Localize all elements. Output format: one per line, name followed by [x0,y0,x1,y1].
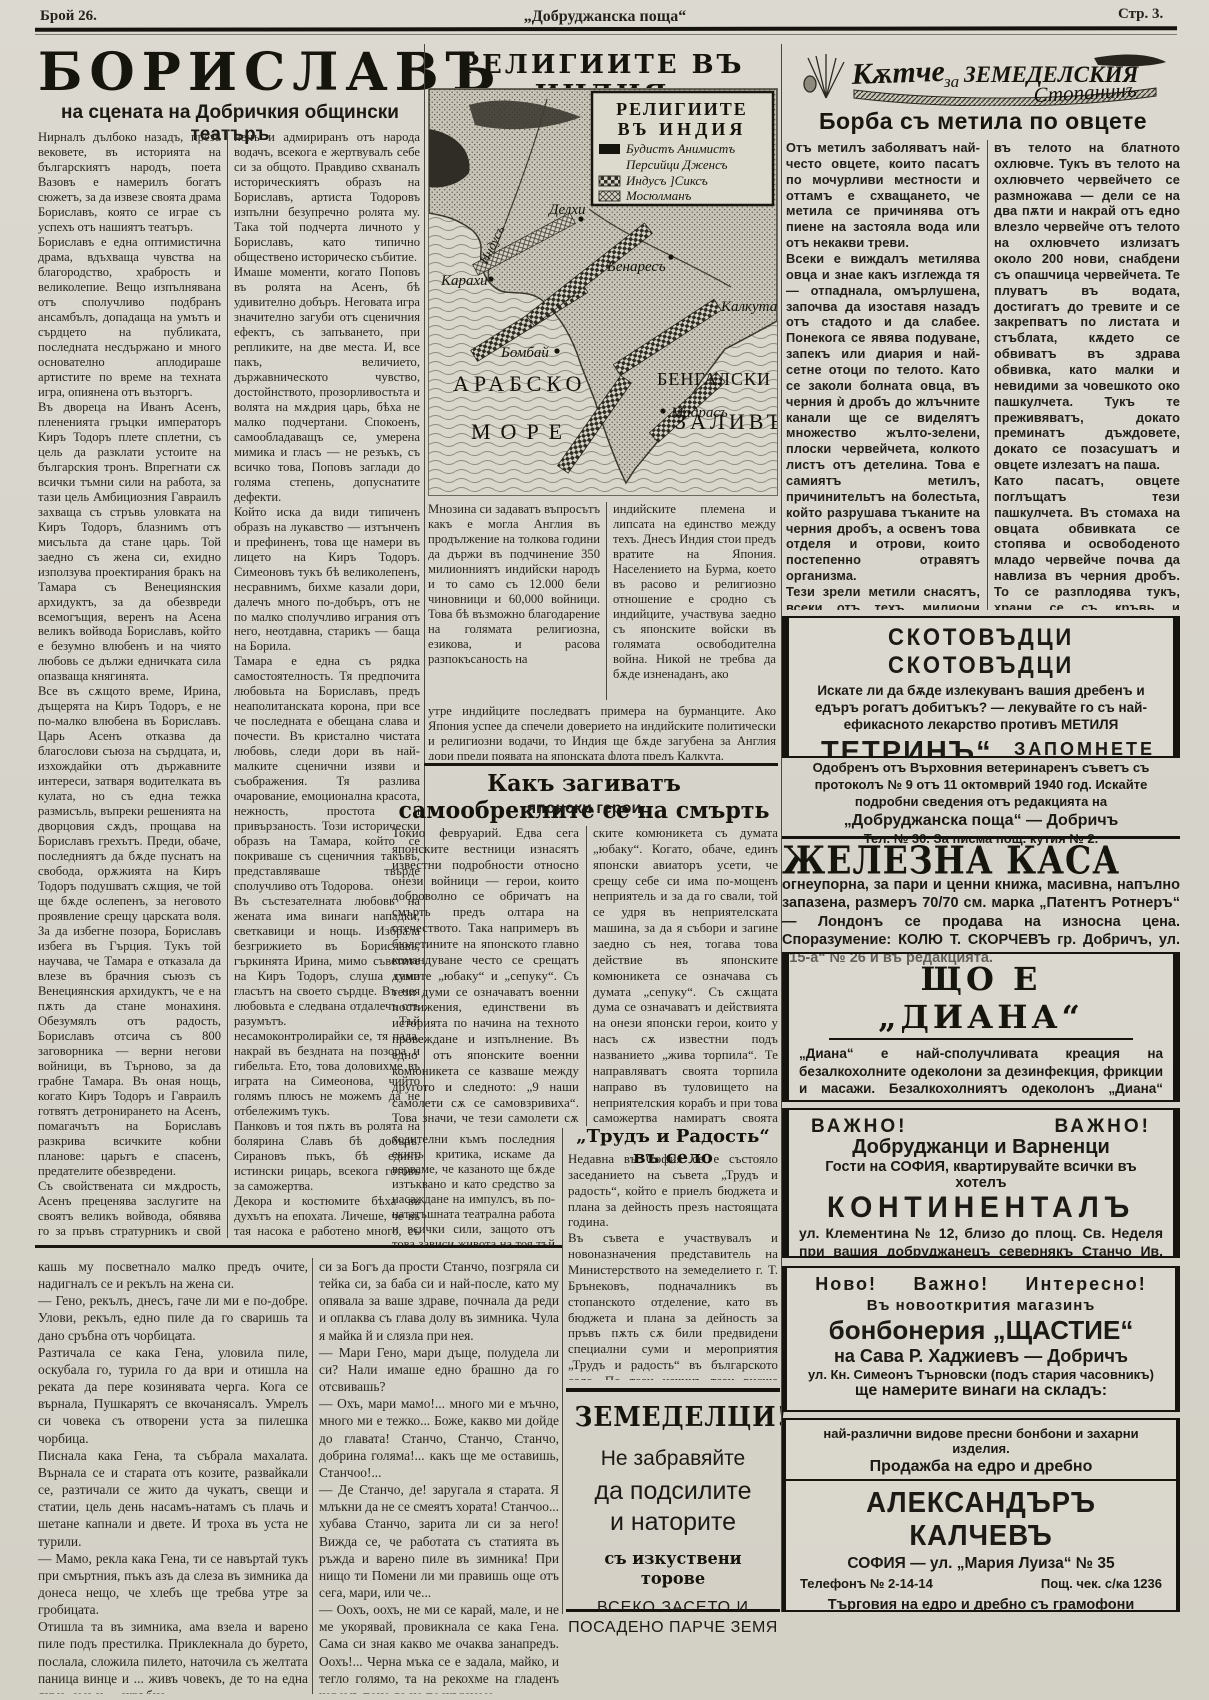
kalchev-title: АЛЕКСАНДЪРЪ КАЛЧЕВЪ [805,1487,1157,1553]
tetrin-paper: „Добруджанска поща“ — Добричъ [844,812,1119,829]
column-divider [586,826,587,1126]
sheep-headline: Борба съ метила по овцете [786,108,1180,135]
map-city-bombay: Бомбай [500,345,549,361]
shtastie-h2: Важно! [913,1274,989,1295]
legend-label-muslim: Мосюлманъ [625,188,692,203]
column-divider [227,130,228,1238]
shtastie-line5: най-различни видове пресни бонбони и зах… [796,1426,1166,1456]
zemedelci-line1: Не забравяйте [566,1447,780,1471]
kalchev-addr: СОФИЯ — ул. „Мария Луиза“ № 35 [796,1555,1166,1573]
diana-body: „Диана“ е най-сполучливата креация на бе… [799,1045,1163,1102]
legend-swatch-hindu [599,176,620,186]
stopanin-masthead-svg: Кѫтче за ЗЕМЕДЕЛСКИЯ Стопанинъ [796,48,1174,106]
map-city-karachi: Карахи [440,273,488,289]
kontinental-important-right: ВАЖНО! [1055,1116,1152,1138]
shtastie-line1: Въ новооткрития магазинъ [797,1297,1165,1314]
zemedelci-line3: и наторите [566,1508,780,1537]
map-legend: РЕЛИГИИТЕ ВЪ ИНДИЯ Будистъ Анимистъ Перс… [592,92,773,205]
shtastie-h3: Интересно! [1026,1274,1147,1295]
issue-number: Брой 26. [40,8,97,25]
column-divider [606,502,607,700]
legend-label-persians: Персийци Дженсъ [625,157,728,172]
column-divider [987,140,988,610]
rule-above-japan [424,763,778,766]
masthead-rule-thin [35,34,1177,35]
column-divider [312,1258,313,1694]
ad-shtastie: Ново! Важно! Интересно! Въ новооткрития … [782,1266,1180,1412]
kontinental-important-left: ВАЖНО! [811,1116,908,1138]
kalchev-tel: Телефонъ № 2-14-14 [800,1576,933,1591]
map-city-benares: Бенаресъ [606,259,666,275]
zemedelci-title: ЗЕМЕДЕЛЦИ! [575,1402,772,1433]
borislav-ending-column: ходителни къмъ последния екипъ критика, … [392,1132,555,1248]
masthead-word-za: за [943,72,959,91]
masthead-word-katche: Кѫтче [850,55,945,91]
newspaper-page: { "page": {"issue":"Брой 26.","name":"„Д… [0,0,1209,1700]
sheep-column-1: Отъ метилъ заболяватъ най-често овцете, … [786,140,980,610]
kontinental-body: ул. Клементина № 12, близо до площ. Св. … [799,1225,1163,1258]
zemedelci-line2: да подсилите [566,1477,780,1506]
kalchev-body: Търговия на едро и дребно съ грамофони „… [796,1596,1166,1612]
tetrin-brand: „ТЕТРИНЪ“ [807,736,993,758]
map-city-calcutta: Калкута [720,299,777,315]
column-divider [562,1128,563,1614]
india-column-2: индийските племена и липсата на единство… [613,502,776,700]
map-city-delhi: Делхи [547,202,586,218]
map-sea-bengalski: БЕНГАЛСКИ [657,369,771,389]
trud-body: Недавна въ София се е състояло заседание… [568,1152,778,1380]
masthead-rule [35,26,1177,32]
map-sea-zaliv: ЗАЛИВЪ [675,409,777,434]
kontinental-line2: Гости на СОФИЯ, квартирувайте всички въ … [799,1159,1163,1191]
map-sea-arabsko: АРАБСКО [453,371,586,396]
borislav-headline: БОРИСЛАВЪ [38,42,422,103]
zemedelci-line4: съ изкуствени торове [571,1549,774,1589]
india-ending: утре индийците последватъ примера на бур… [428,704,776,760]
zemedelci-line5: ВСЕКО ЗАСЕТО И [566,1599,780,1617]
borislav-column-1: Нирналъ дълбоко назадъ, презъ вековете, … [38,130,221,1238]
kontinental-line1: Добруджанци и Варненци [799,1136,1163,1159]
sheep-column-2: въ телото на блатното охлювче. Тукъ въ т… [994,140,1180,610]
shtastie-line2: на Сава Р. Хаджиевъ — Добричъ [797,1346,1165,1367]
legend-swatch-muslim [599,191,620,201]
page-number: Стр. 3. [1118,6,1163,23]
shtastie-line6: Продажба на едро и дребно [786,1458,1176,1481]
legend-swatch-buddhist [599,144,620,154]
ad-kontinental: ВАЖНО! ВАЖНО! Добруджанци и Варненци Гос… [782,1108,1180,1258]
wheat-sheaf-icon [804,54,844,98]
kasa-title: ЖЕЛЕЗНА КАСА [782,843,1120,879]
feuilleton-rule [35,1245,562,1248]
india-map: РЕЛИГИИТЕ ВЪ ИНДИЯ Будистъ Анимистъ Перс… [428,88,778,496]
masthead-word-stopanin: Стопанинъ [1033,78,1137,106]
feuilleton-column-2: си за Богъ да прости Станчо, позгряла си… [319,1258,559,1694]
map-legend-title-2: ВЪ ИНДИЯ [618,119,747,139]
india-column-1: Мнозина си задаватъ въпросътъ какъ е мог… [428,502,600,700]
feuilleton-column-1: кашь му посветнало малко предъ очите, на… [38,1258,308,1694]
shtastie-line3: ул. Кн. Симеонъ Търновски (подъ стария ч… [797,1367,1165,1382]
japan-column-2: ските комюникета съ думата „юбаку“. Кога… [593,826,778,1126]
zemedelci-line6: ПОСАДЕНО ПАРЧЕ ЗЕМЯ [566,1619,780,1637]
tetrin-note: ЗАПОМНЕТЕ [1014,739,1155,758]
kalchev-check: Пощ. чек. с/ка 1236 [1041,1576,1162,1591]
ad-tetrin: СКОТОВЪДЦИ СКОТОВЪДЦИ Искате ли да бѫде … [782,616,1180,758]
japan-subtitle: японски герои [390,800,778,818]
legend-label-hindu: Индусъ ]Сиксъ [625,173,708,188]
tetrin-header: СКОТОВЪДЦИ СКОТОВЪДЦИ [814,624,1149,680]
legend-label-buddhist: Будистъ Анимистъ [625,141,735,156]
ad-kalchev: най-различни видове пресни бонбони и зах… [782,1418,1180,1612]
map-legend-title-1: РЕЛИГИИТЕ [616,99,748,119]
japan-column-1: Токио февруарий. Едва сега японските вес… [392,826,579,1126]
diana-title: ЩО Е „ДИАНА“ [829,960,1133,1040]
ad-kasa: ЖЕЛЕЗНА КАСА огнеупорна, за пари и ценни… [782,836,1180,948]
map-sea-more: МОРЕ [471,419,572,444]
ad-diana: ЩО Е „ДИАНА“ „Диана“ е най-сполучливата … [782,952,1180,1102]
tetrin-pitch: Искате ли да бѫде излекуванъ вашия дребе… [799,683,1163,734]
shtastie-title: бонбонерия „ЩАСТИЕ“ [797,1315,1165,1346]
stopanin-masthead: Кѫтче за ЗЕМЕДЕЛСКИЯ Стопанинъ [796,48,1174,106]
newspaper-title: „Добруджанска поща“ [480,8,730,26]
kontinental-title: КОНТИНЕНТАЛЪ [808,1191,1154,1225]
shtastie-line4: ще намерите винаги на складъ: [797,1382,1165,1400]
ad-zemedelci: ЗЕМЕДЕЛЦИ! Не забравяйте да подсилите и … [566,1388,780,1612]
india-map-svg: РЕЛИГИИТЕ ВЪ ИНДИЯ Будистъ Анимистъ Перс… [429,89,777,495]
shtastie-h1: Ново! [815,1274,877,1295]
